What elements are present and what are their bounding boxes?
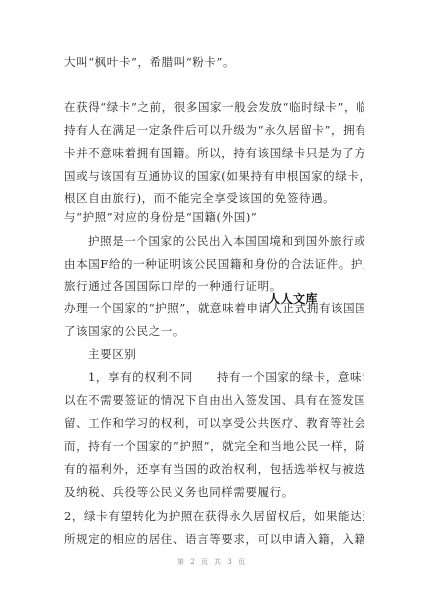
text-line: 在获得“绿卡”之前，很多国家一般会发放“临时绿卡”，临时绿卡的 <box>64 100 364 114</box>
text-line: 根区自由旅行)，而不能完全享受该国的免签待遇。 <box>64 191 364 205</box>
text-line: 由本国F给的一种证明该公民国籍和身份的合法证件。护照是公民 <box>64 257 364 271</box>
text-line: 办理一个国家的“护照”，就意味着申请人正式拥有该国国籍，成为 <box>64 301 364 315</box>
watermark: 人人文库 <box>268 290 318 307</box>
section-heading: 与“护照”对应的身份是“国籍(外国)” <box>64 210 364 224</box>
text-line: 1，享有的权利不同 持有一个国家的绿卡，意味着持卡人可 <box>88 370 364 384</box>
text-line: 旅行通过各国国际口岸的一种通行证明。 <box>64 279 364 293</box>
text-line: 2，绿卡有望转化为护照在获得永久居留权后，如果能达到移民法案 <box>64 509 364 523</box>
section-heading: 主要区别 <box>88 347 364 361</box>
text-line: 国或与该国有互通协议的国家(如果持有申根国家的绿卡，可以在申 <box>64 169 364 183</box>
text-line: 及纳税、兵役等公民义务也同样需要履行。 <box>64 485 364 499</box>
text-line: 而，持有一个国家的“护照”，就完全和当地公民一样，除了绿卡享 <box>64 439 364 453</box>
text-line: 了该国家的公民之一。 <box>64 324 364 338</box>
text-line: 护照是一个国家的公民出入本国国境和到国外旅行或居留时， <box>88 234 364 248</box>
text-line: 以在不需要签证的情况下自由出入签发国、具有在签发国永久居 <box>64 393 364 407</box>
text-line: 有的福利外，还享有当国的政治权利，包括选举权与被选举权；以 <box>64 462 364 476</box>
text-line: 卡并不意味着拥有国籍。所以，持有该国绿卡只是为了方便出入该 <box>64 146 364 160</box>
text-line: 持有人在满足一定条件后可以升级为“永久居留卡”，拥有永久居留 <box>64 123 364 137</box>
text-line: 留、工作和学习的权利，可以享受公共医疗、教育等社会福利。然 <box>64 416 364 430</box>
text-line: 大叫“枫叶卡”，希腊叫“粉卡”。 <box>64 55 364 69</box>
text-line: 所规定的相应的居住、语言等要求，可以申请入籍，入籍申请获批 <box>64 532 364 546</box>
document-page: 大叫“枫叶卡”，希腊叫“粉卡”。 在获得“绿卡”之前，很多国家一般会发放“临时绿… <box>0 0 424 600</box>
page-number-footer: 第 2 页 共 3 页 <box>0 557 424 567</box>
